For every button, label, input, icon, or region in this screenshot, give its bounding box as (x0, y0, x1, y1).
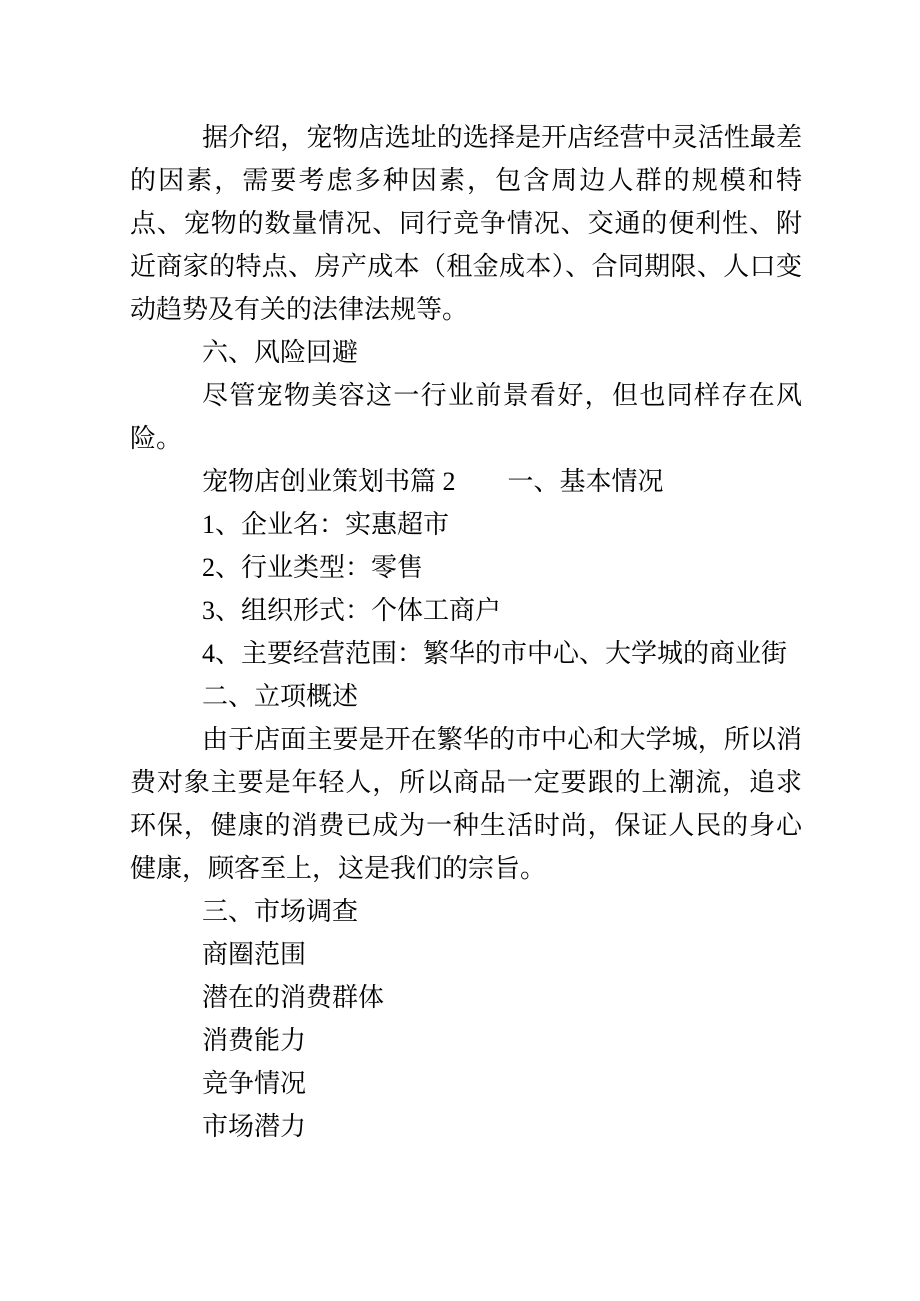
paragraph-site-selection: 据介绍，宠物店选址的选择是开店经营中灵活性最差的因素，需要考虑多种因素，包含周边… (130, 116, 802, 331)
paragraph-risk-note: 尽管宠物美容这一行业前景看好，但也同样存在风险。 (130, 374, 802, 460)
list-item-consumption-capacity: 消费能力 (130, 1019, 802, 1062)
list-item-potential-consumers: 潜在的消费群体 (130, 976, 802, 1019)
list-item-industry-type: 2、行业类型：零售 (130, 546, 802, 589)
document-page: 据介绍，宠物店选址的选择是开店经营中灵活性最差的因素，需要考虑多种因素，包含周边… (0, 0, 920, 1301)
heading-two-project-overview: 二、立项概述 (130, 675, 802, 718)
list-item-trade-area: 商圈范围 (130, 933, 802, 976)
paragraph-project-overview: 由于店面主要是开在繁华的市中心和大学城，所以消费对象主要是年轻人，所以商品一定要… (130, 718, 802, 890)
list-item-competition: 竞争情况 (130, 1062, 802, 1105)
list-item-market-potential: 市场潜力 (130, 1105, 802, 1148)
list-item-company-name: 1、企业名：实惠超市 (130, 503, 802, 546)
list-item-business-scope: 4、主要经营范围：繁华的市中心、大学城的商业街 (130, 632, 802, 675)
list-item-organization-form: 3、组织形式：个体工商户 (130, 589, 802, 632)
heading-three-market-survey: 三、市场调查 (130, 890, 802, 933)
heading-six-risk-avoidance: 六、风险回避 (130, 331, 802, 374)
heading-plan-part2-basic-info: 宠物店创业策划书篇 2 一、基本情况 (130, 460, 802, 503)
document-body: 据介绍，宠物店选址的选择是开店经营中灵活性最差的因素，需要考虑多种因素，包含周边… (130, 116, 802, 1148)
